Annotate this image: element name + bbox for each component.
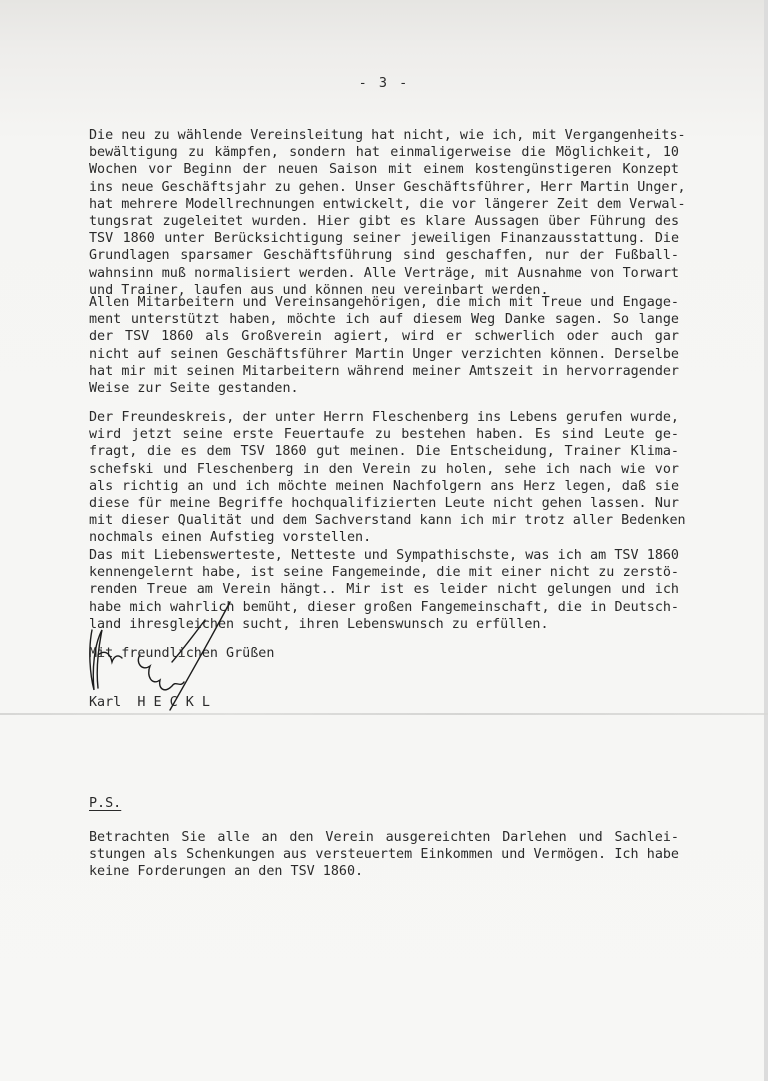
text-line: stungen als Schenkungen aus versteuertem… (89, 846, 679, 863)
paragraph-freundeskreis: Der Freundeskreis, der unter Herrn Flesc… (89, 409, 679, 547)
page-edge (764, 0, 768, 1081)
text-line: wird jetzt seine erste Feuertaufe zu bes… (89, 426, 679, 443)
text-line: Das mit Liebenswerteste, Netteste und Sy… (89, 547, 679, 564)
page-number: - 3 - (0, 75, 768, 91)
text-line: keine Forderungen an den TSV 1860. (89, 863, 679, 880)
postscript-label: P.S. (89, 796, 121, 811)
text-line: Betrachten Sie alle an den Verein ausger… (89, 829, 679, 846)
text-line: nicht auf seinen Geschäftsführer Martin … (89, 346, 679, 363)
text-line: hat mehrere Modellrechnungen entwickelt,… (89, 196, 679, 213)
text-line: bewältigung zu kämpfen, sondern hat einm… (89, 144, 679, 161)
text-line: Wochen vor Beginn der neuen Saison mit e… (89, 161, 679, 178)
text-line: mit dieser Qualität und dem Sachverstand… (89, 512, 679, 529)
postscript-paragraph: Betrachten Sie alle an den Verein ausger… (89, 829, 679, 881)
text-line: fragt, die es dem TSV 1860 gut meinen. D… (89, 443, 679, 460)
paragraph-thanks: Allen Mitarbeitern und Vereinsangehörige… (89, 294, 679, 397)
text-line: als richtig an und ich möchte meinen Nac… (89, 478, 679, 495)
text-line: kennengelernt habe, ist seine Fangemeind… (89, 564, 679, 581)
text-line: tungsrat zugeleitet wurden. Hier gibt es… (89, 213, 679, 230)
text-line: renden Treue am Verein hängt.. Mir ist e… (89, 581, 679, 598)
text-line: schefski und Fleschenberg in den Verein … (89, 461, 679, 478)
text-line: Die neu zu wählende Vereinsleitung hat n… (89, 127, 679, 144)
paragraph-succession: Die neu zu wählende Vereinsleitung hat n… (89, 127, 679, 299)
text-line: Grundlagen sparsamer Geschäftsführung si… (89, 247, 679, 264)
text-line: wahnsinn muß normalisiert werden. Alle V… (89, 265, 679, 282)
text-line: ment unterstützt haben, möchte ich auf d… (89, 311, 679, 328)
text-line: ins neue Geschäftsjahr zu gehen. Unser G… (89, 179, 679, 196)
letter-page: - 3 - Die neu zu wählende Vereinsleitung… (0, 0, 768, 1081)
text-line: der TSV 1860 als Großverein agiert, wird… (89, 328, 679, 345)
text-line: diese für meine Begriffe hochqualifizier… (89, 495, 679, 512)
text-line: nochmals einen Aufstieg vorstellen. (89, 529, 679, 546)
text-line: hat mir mit seinen Mitarbeitern während … (89, 363, 679, 380)
text-line: Der Freundeskreis, der unter Herrn Flesc… (89, 409, 679, 426)
text-line: TSV 1860 unter Berücksichtigung seiner j… (89, 230, 679, 247)
text-line: Allen Mitarbeitern und Vereinsangehörige… (89, 294, 679, 311)
text-line: Weise zur Seite gestanden. (89, 380, 679, 397)
handwritten-signature (80, 600, 280, 720)
